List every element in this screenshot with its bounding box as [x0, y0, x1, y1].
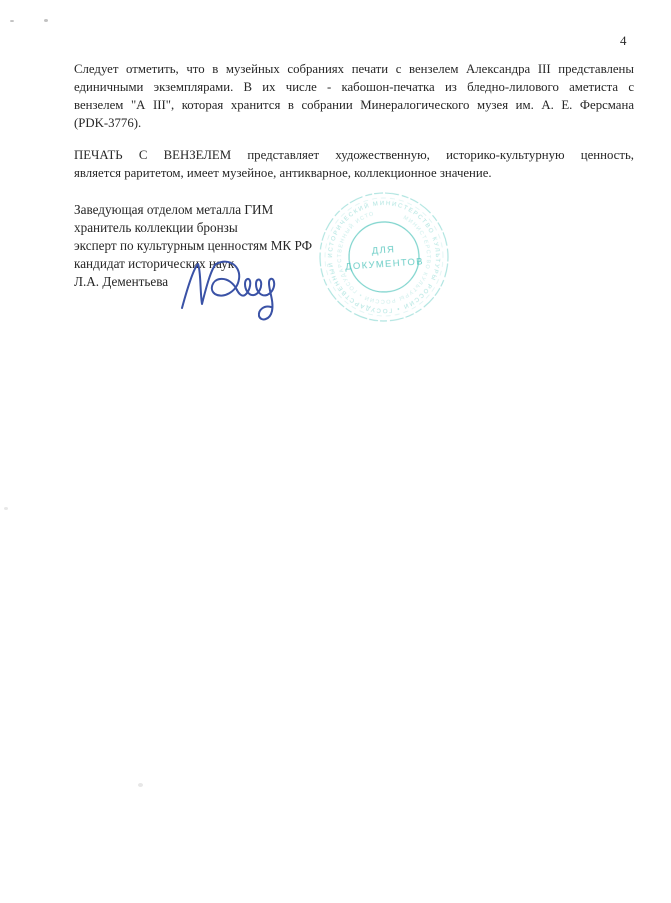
paragraph: Следует отметить, что в музейных собрани…	[74, 60, 634, 132]
text-line: ПЕЧАТЬ С ВЕНЗЕЛЕМ представляет художеств…	[74, 146, 634, 164]
paragraph: ПЕЧАТЬ С ВЕНЗЕЛЕМ представляет художеств…	[74, 146, 634, 182]
signer-title-line: эксперт по культурным ценностям МК РФ	[74, 238, 312, 256]
scan-speck	[4, 507, 8, 510]
stamp-outer-circle	[316, 189, 453, 326]
text-line: единичными экземплярами. В их числе - ка…	[74, 78, 634, 96]
stamp-center-line2: ДОКУМЕНТОВ	[345, 256, 424, 272]
document-body: Следует отметить, что в музейных собрани…	[74, 60, 634, 182]
text-line: вензелем "А III", которая хранится в соб…	[74, 96, 634, 114]
document-stamp: МИНИСТЕРСТВО КУЛЬТУРЫ РОССИИ • ГОСУДАРСТ…	[311, 184, 456, 329]
scan-speck	[44, 19, 48, 22]
scan-speck	[138, 783, 143, 787]
stamp-center-line1: ДЛЯ	[371, 244, 395, 257]
handwritten-signature	[178, 256, 292, 330]
scan-speck	[10, 20, 14, 22]
page-number: 4	[620, 33, 627, 49]
signer-title-line: Заведующая отделом металла ГИМ	[74, 202, 312, 220]
text-line: Следует отметить, что в музейных собрани…	[74, 60, 634, 78]
text-line: является раритетом, имеет музейное, анти…	[74, 164, 634, 182]
text-line: (PDK-3776).	[74, 114, 634, 132]
signer-title-line: хранитель коллекции бронзы	[74, 220, 312, 238]
signature-strokes	[182, 262, 274, 320]
stamp-ring-text-group: МИНИСТЕРСТВО КУЛЬТУРЫ РОССИИ • ГОСУДАРСТ…	[311, 184, 451, 328]
